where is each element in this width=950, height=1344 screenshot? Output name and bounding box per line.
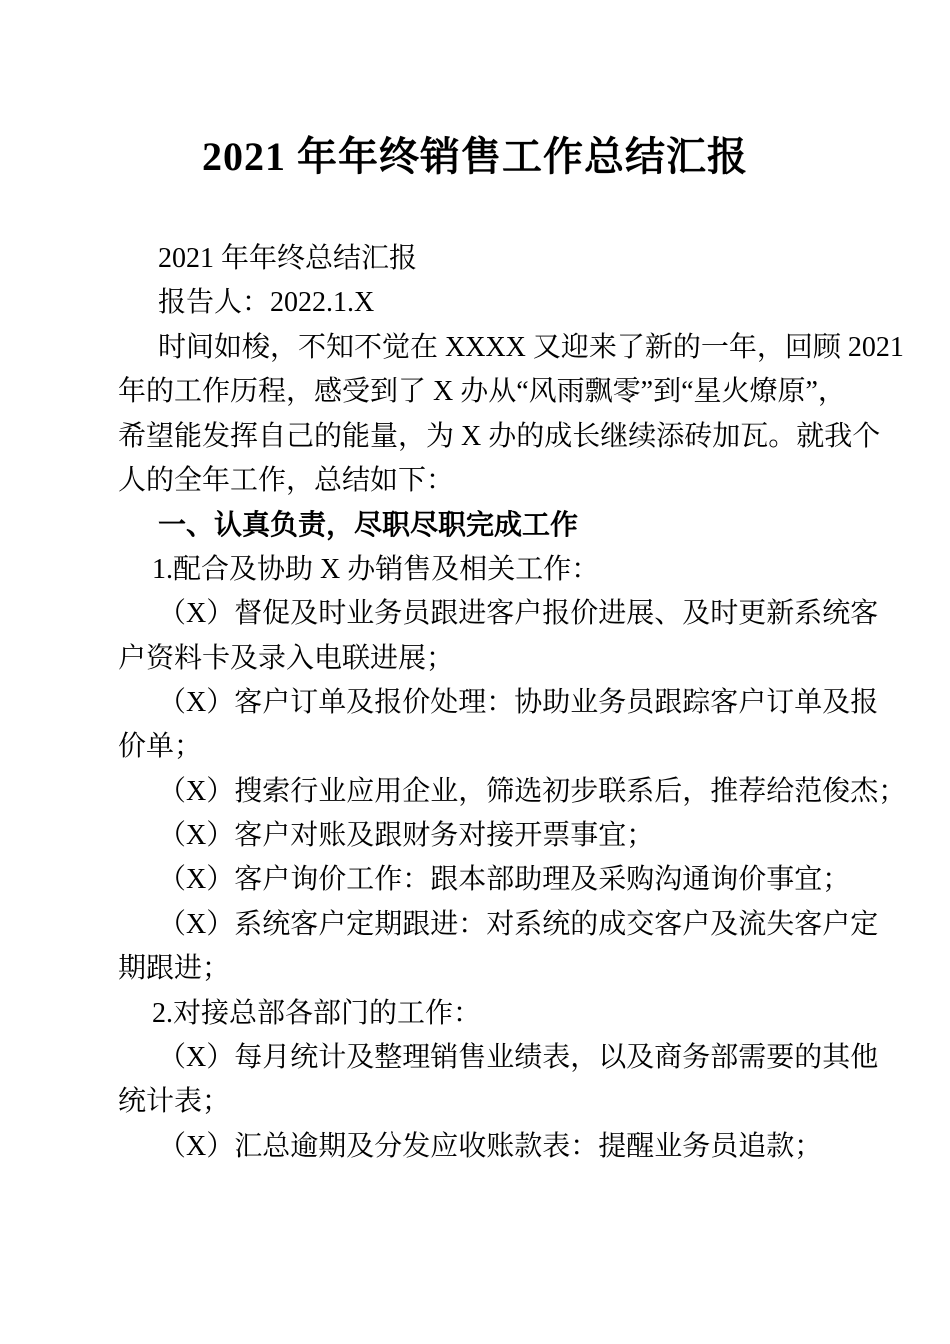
list-item: （X）客户对账及跟财务对接开票事宜； xyxy=(118,814,842,858)
body-line: 年的工作历程，感受到了 X 办从“风雨飘零”到“星火燎原”， xyxy=(118,370,842,414)
list-item: （X）系统客户定期跟进：对系统的成交客户及流失客户定 xyxy=(118,903,842,947)
document-body: 2021 年年终总结汇报 报告人：2022.1.X 时间如梭，不知不觉在 XXX… xyxy=(118,237,842,1169)
reporter-line: 报告人：2022.1.X xyxy=(118,281,842,325)
document-page: 2021 年年终销售工作总结汇报 2021 年年终总结汇报 报告人：2022.1… xyxy=(0,0,950,1344)
list-item: （X）汇总逾期及分发应收账款表：提醒业务员追款； xyxy=(118,1125,842,1169)
list-item: （X）搜索行业应用企业，筛选初步联系后，推荐给范俊杰； xyxy=(118,770,842,814)
section-1-heading: 一、认真负责，尽职尽职完成工作 xyxy=(118,503,842,547)
body-line: 时间如梭，不知不觉在 XXXX 又迎来了新的一年，回顾 2021 xyxy=(118,326,842,370)
list-item: （X）督促及时业务员跟进客户报价进展、及时更新系统客 xyxy=(118,592,842,636)
body-line: 希望能发挥自己的能量，为 X 办的成长继续添砖加瓦。就我个 xyxy=(118,415,842,459)
body-line: 期跟进； xyxy=(118,947,842,991)
body-line: 人的全年工作，总结如下： xyxy=(118,459,842,503)
numbered-item: 2.对接总部各部门的工作： xyxy=(118,992,842,1036)
report-title-line: 2021 年年终总结汇报 xyxy=(118,237,842,281)
numbered-item: 1.配合及协助 X 办销售及相关工作： xyxy=(118,548,842,592)
list-item: （X）每月统计及整理销售业绩表，以及商务部需要的其他 xyxy=(118,1036,842,1080)
document-title: 2021 年年终销售工作总结汇报 xyxy=(0,130,950,184)
list-item: （X）客户订单及报价处理：协助业务员跟踪客户订单及报 xyxy=(118,681,842,725)
body-line: 价单； xyxy=(118,725,842,769)
list-item: （X）客户询价工作：跟本部助理及采购沟通询价事宜； xyxy=(118,858,842,902)
body-line: 户资料卡及录入电联进展； xyxy=(118,637,842,681)
body-line: 统计表； xyxy=(118,1080,842,1124)
